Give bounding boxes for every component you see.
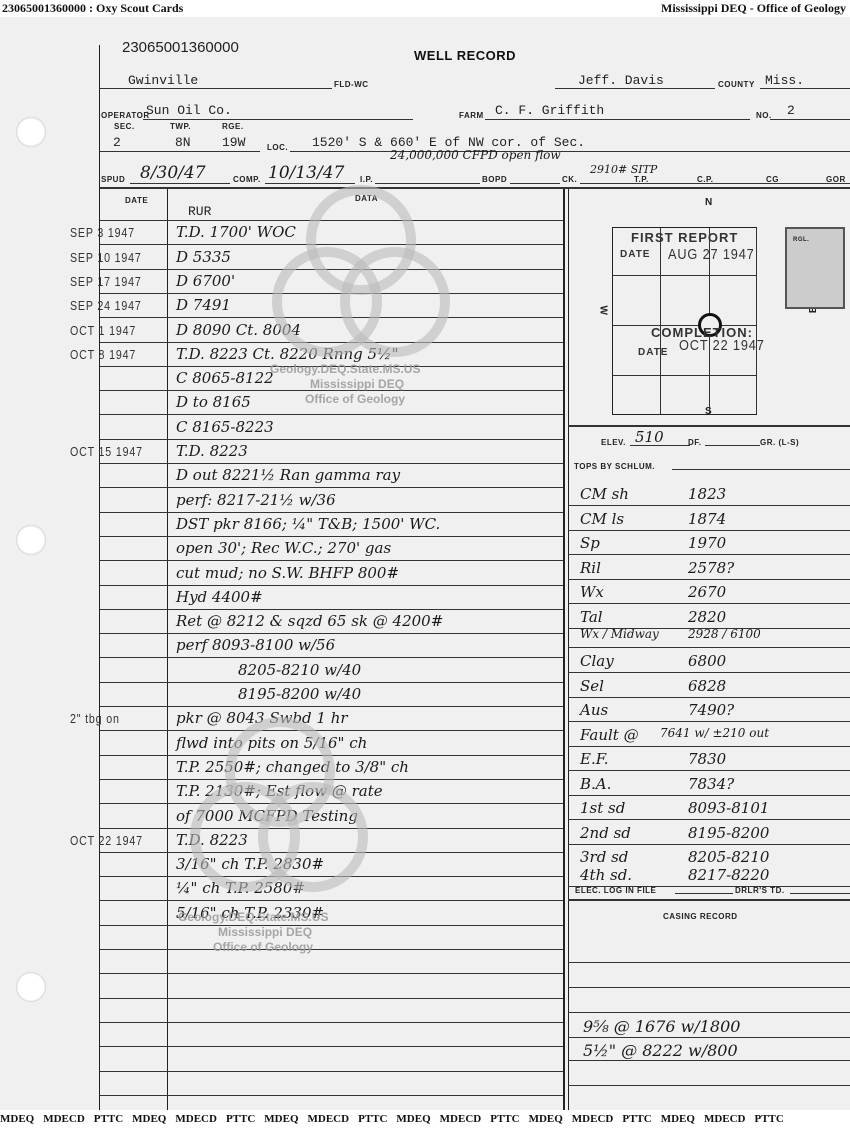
footer-agency: MDEQ [529, 1113, 563, 1125]
log-text: cut mud; no S.W. BHFP 800# [176, 564, 399, 582]
row-rule [100, 998, 563, 999]
twp-label: TWP. [170, 122, 191, 131]
formation-depth: 6800 [688, 652, 726, 670]
row-rule [568, 721, 850, 722]
underline [143, 119, 413, 120]
log-text: D out 8221½ Ran gamma ray [176, 466, 400, 484]
spud-label: SPUD [101, 175, 125, 184]
formation-depth: 8217-8220 [688, 866, 769, 884]
page-header: 23065001360000 : Oxy Scout Cards Mississ… [0, 0, 850, 17]
log-text: 8205-8210 w/40 [238, 661, 361, 679]
underline [290, 151, 850, 152]
comp-label: COMP. [233, 175, 261, 184]
row-rule [100, 536, 563, 537]
row-rule [100, 682, 563, 683]
log-date: SEP 3 1947 [70, 225, 135, 240]
formation-name: Tal [580, 608, 603, 626]
watermark-agency: Mississippi DEQ [310, 377, 404, 391]
log-text: 8195-8200 w/40 [238, 685, 361, 703]
log-text: DST pkr 8166; ¼" T&B; 1500' WC. [176, 515, 440, 533]
watermark-office: Office of Geology [305, 392, 405, 406]
row-rule [100, 487, 563, 488]
formation-name: Wx / Midway [580, 627, 659, 641]
formation-depth: 8093-8101 [688, 799, 769, 817]
row-rule [100, 1046, 563, 1047]
county-name: Jeff. Davis [578, 73, 664, 88]
map-west: W [597, 306, 608, 316]
source-agency: Mississippi DEQ - Office of Geology [661, 1, 846, 16]
row-rule [568, 1060, 850, 1061]
log-date: OCT 1 1947 [70, 323, 136, 338]
twp-value: 8N [175, 135, 191, 150]
row-rule [568, 962, 850, 963]
row-rule [568, 1085, 850, 1086]
formation-name: Wx [580, 583, 604, 601]
row-rule [100, 1095, 563, 1096]
row-rule [568, 1037, 850, 1038]
formation-name: 3rd sd [580, 848, 628, 866]
formation-name: E.F. [580, 750, 609, 768]
farm-name: C. F. Griffith [495, 103, 604, 118]
drlr-td-label: DRLR'S TD. [735, 886, 785, 895]
tops-label: TOPS BY SCHLUM. [574, 462, 655, 471]
rge-value: 19W [222, 135, 245, 150]
row-rule [568, 530, 850, 531]
map-bottom-rule [568, 425, 850, 427]
row-rule [568, 1012, 850, 1013]
row-rule [568, 819, 850, 820]
log-text: perf 8093-8100 w/56 [176, 636, 335, 654]
log-text: Ret @ 8212 & sqzd 65 sk @ 4200# [176, 612, 443, 630]
data-column-divider [568, 189, 569, 1110]
underline [580, 183, 850, 184]
bopd-label: BOPD [482, 175, 507, 184]
watermark-logo [340, 247, 450, 357]
casing-top-rule [568, 899, 850, 901]
table-top-rule [100, 187, 850, 189]
log-date: SEP 24 1947 [70, 298, 142, 313]
footer-agency: PTTC [358, 1113, 387, 1125]
well-no: 2 [787, 103, 795, 118]
date-column-divider [167, 189, 168, 1110]
row-rule [568, 770, 850, 771]
row-rule [568, 672, 850, 673]
footer-agency: MDEQ [0, 1113, 34, 1125]
spud-date: 8/30/47 [140, 163, 206, 183]
footer-agency: MDECD [175, 1113, 217, 1125]
formation-name: CM sh [580, 485, 629, 503]
formation-depth: 8195-8200 [688, 824, 769, 842]
stamp-label: RGL. [793, 237, 809, 243]
underline [485, 119, 750, 120]
watermark-url: Geology.DEQ.State.MS.US [178, 910, 328, 924]
first-report-date-label: DATE [620, 249, 650, 260]
casing-entry: 5½" @ 8222 w/800 [583, 1041, 738, 1060]
row-rule [100, 1022, 563, 1023]
formation-name: 2nd sd [580, 824, 631, 842]
log-text: perf: 8217-21½ w/36 [176, 491, 336, 509]
log-text: D to 8165 [176, 393, 251, 411]
footer-agency: MDEQ [396, 1113, 430, 1125]
row-rule [568, 603, 850, 604]
log-text: D 6700' [176, 272, 235, 290]
log-date: 2" tbg on [70, 711, 120, 726]
formation-depth: 2670 [688, 583, 726, 601]
watermark-agency: Mississippi DEQ [218, 925, 312, 939]
formation-depth: 1970 [688, 534, 726, 552]
watermark-logo [258, 782, 368, 892]
row-rule [568, 579, 850, 580]
row-rule [100, 657, 563, 658]
log-date: SEP 17 1947 [70, 274, 142, 289]
row-rule [100, 900, 563, 901]
ip-label: I.P. [360, 175, 373, 184]
formation-name: Ril [580, 559, 601, 577]
underline [555, 88, 715, 89]
underline [375, 183, 480, 184]
elec-log-label: ELEC. LOG IN FILE [575, 886, 656, 895]
punch-hole [16, 117, 46, 147]
log-text: T.D. 1700' WOC [176, 223, 296, 241]
gr-label: GR. (L-S) [760, 438, 799, 447]
field-label: FLD-WC [334, 80, 369, 89]
elev-value: 510 [635, 428, 664, 446]
completion-date: OCT 22 1947 [679, 337, 765, 354]
watermark-url: Geology.DEQ.State.MS.US [270, 362, 420, 376]
formation-name: Fault @ [580, 726, 639, 744]
casing-record-label: CASING RECORD [663, 912, 738, 921]
formation-name: B.A. [580, 775, 611, 793]
footer-agency: MDEQ [661, 1113, 695, 1125]
underline [510, 183, 560, 184]
map-north: N [705, 197, 713, 208]
row-rule [568, 505, 850, 506]
underline [100, 151, 260, 152]
date-header: DATE [125, 196, 148, 205]
row-rule [100, 730, 563, 731]
farm-label: FARM [459, 111, 484, 120]
formation-depth: 2928 / 6100 [688, 627, 761, 641]
formation-depth: 7490? [688, 701, 734, 719]
operator-name: Sun Oil Co. [146, 103, 232, 118]
row-rule [100, 1071, 563, 1072]
watermark-office: Office of Geology [213, 940, 313, 954]
log-text: T.D. 8223 [176, 442, 248, 460]
formation-name: 4th sd. [580, 866, 632, 884]
casing-entry: 9⅝ @ 1676 w/1800 [583, 1017, 740, 1036]
well-record-card: 23065001360000 WELL RECORD Gwinville FLD… [0, 17, 850, 1110]
county-map-stamp: RGL. [785, 227, 845, 309]
row-rule [100, 560, 563, 561]
footer-agency: PTTC [490, 1113, 519, 1125]
formation-depth: 7641 w/ ±210 out [660, 726, 769, 740]
row-rule [100, 463, 563, 464]
margin-line [99, 45, 100, 1110]
first-report-label: FIRST REPORT [631, 230, 738, 245]
comp-date: 10/13/47 [268, 163, 344, 183]
footer-agency: MDEQ [264, 1113, 298, 1125]
row-rule [568, 795, 850, 796]
rge-label: RGE. [222, 122, 244, 131]
row-rule [100, 949, 563, 950]
footer-agency: MDECD [704, 1113, 746, 1125]
underline [790, 893, 850, 894]
punch-hole [16, 525, 46, 555]
footer-agencies: MDEQMDECDPTTCMDEQMDECDPTTCMDEQMDECDPTTCM… [0, 1113, 850, 1133]
underline [672, 469, 850, 470]
row-rule [100, 633, 563, 634]
row-rule [100, 585, 563, 586]
footer-agency: MDECD [308, 1113, 350, 1125]
log-date: OCT 8 1947 [70, 347, 136, 362]
formation-name: Sp [580, 534, 600, 552]
df-label: DF. [688, 438, 702, 447]
underline [770, 119, 850, 120]
log-text: C 8165-8223 [176, 418, 274, 436]
data-column-divider [563, 189, 565, 1110]
api-number: 23065001360000 [122, 39, 239, 56]
log-date: OCT 15 1947 [70, 444, 143, 459]
sec-label: SEC. [114, 122, 135, 131]
row-rule [100, 414, 563, 415]
formation-name: Clay [580, 652, 614, 670]
log-text: Hyd 4400# [176, 588, 263, 606]
underline [265, 183, 355, 184]
punch-hole [16, 972, 46, 1002]
log-date: OCT 22 1947 [70, 833, 143, 848]
log-text: D 7491 [176, 296, 231, 314]
footer-agency: MDECD [572, 1113, 614, 1125]
formation-depth: 7830 [688, 750, 726, 768]
rur-entry: RUR [188, 204, 211, 219]
formation-depth: 6828 [688, 677, 726, 695]
document-title: 23065001360000 : Oxy Scout Cards [2, 1, 183, 16]
formation-depth: 7834? [688, 775, 734, 793]
sec-value: 2 [113, 135, 121, 150]
log-text: open 30'; Rec W.C.; 270' gas [176, 539, 391, 557]
underline [100, 88, 332, 89]
underline [630, 445, 690, 446]
underline [760, 88, 850, 89]
formation-name: 1st sd [580, 799, 625, 817]
formation-depth: 8205-8210 [688, 848, 769, 866]
formation-name: Aus [580, 701, 608, 719]
footer-agency: MDEQ [132, 1113, 166, 1125]
formation-depth: 1874 [688, 510, 726, 528]
open-flow-note: 24,000,000 CFPD open flow [390, 148, 561, 162]
log-text: C 8065-8122 [176, 369, 274, 387]
row-rule [100, 706, 563, 707]
row-rule [568, 647, 850, 648]
formation-depth: 2578? [688, 559, 734, 577]
row-rule [568, 987, 850, 988]
footer-agency: MDECD [440, 1113, 482, 1125]
underline [705, 445, 760, 446]
row-rule [100, 973, 563, 974]
footer-agency: PTTC [622, 1113, 651, 1125]
log-date: SEP 10 1947 [70, 250, 142, 265]
row-rule [100, 925, 563, 926]
underline [130, 183, 230, 184]
formation-name: Sel [580, 677, 604, 695]
field-name: Gwinville [128, 73, 198, 88]
underline [675, 893, 733, 894]
row-rule [100, 512, 563, 513]
formation-name: CM ls [580, 510, 624, 528]
loc-label: LOC. [267, 143, 288, 152]
county-label: COUNTY [718, 80, 755, 89]
record-title: WELL RECORD [414, 48, 516, 63]
row-rule [568, 554, 850, 555]
formation-depth: 1823 [688, 485, 726, 503]
row-rule [568, 697, 850, 698]
footer-agency: PTTC [94, 1113, 123, 1125]
elev-label: ELEV. [601, 438, 626, 447]
footer-agency: MDECD [43, 1113, 85, 1125]
ck-label: CK. [562, 175, 577, 184]
formation-depth: 2820 [688, 608, 726, 626]
row-rule [568, 746, 850, 747]
row-rule [568, 844, 850, 845]
state-name: Miss. [765, 73, 804, 88]
first-report-date: AUG 27 1947 [668, 246, 755, 263]
completion-date-label: DATE [638, 347, 668, 358]
row-rule [100, 609, 563, 610]
row-rule [100, 439, 563, 440]
log-text: D 5335 [176, 248, 231, 266]
footer-agency: PTTC [226, 1113, 255, 1125]
footer-agency: PTTC [755, 1113, 784, 1125]
